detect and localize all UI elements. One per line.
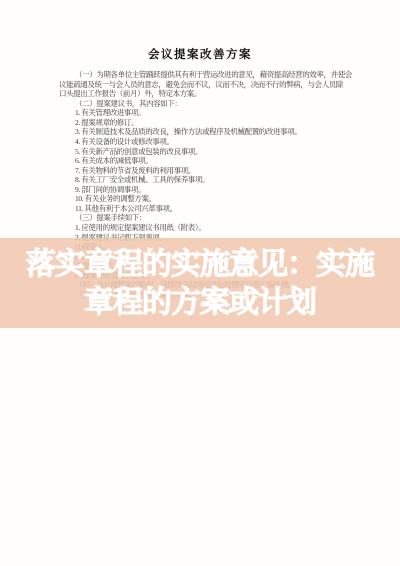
document-line: 9. 部门间的协调事项。 xyxy=(59,185,400,195)
document-line: 2. 提案规章的修订。 xyxy=(59,118,400,128)
watermark-text: 落实章程的实施意见：实施 章程的方案或计划 xyxy=(0,246,400,322)
watermark-line-1: 落实章程的实施意见：实施 xyxy=(0,246,400,284)
document-line: 10. 有关业务的调整方案。 xyxy=(59,194,400,204)
document-line: （一）为期各单位主管踊跃提供其有利于营运改进的意见，藉资提高经营的效率，并使会 xyxy=(59,70,400,80)
document-line: 1. 应使用的规定提案建议书用纸（附表）。 xyxy=(59,223,400,233)
document-line: 1. 有关管理改进事项。 xyxy=(59,108,400,118)
document-line: 议能疏通及统一与会人员的意志，避免会而不议，议而不决，决而不行的弊病，与会人员除 xyxy=(59,80,400,90)
document-title: 会议提案改善方案 xyxy=(0,46,400,62)
document-line: 6. 有关成本的减低事项。 xyxy=(59,156,400,166)
document-page: 会议提案改善方案 （一）为期各单位主管踊跃提供其有利于营运改进的意见，藉资提高经… xyxy=(0,0,400,566)
document-line: 3. 有关制造技术及品质的改良，操作方法或程序及机械配置的改进事项。 xyxy=(59,127,400,137)
document-line: 5. 有关新产品的创意或包装的改良事项。 xyxy=(59,147,400,157)
document-line: （三）提案手续如下： xyxy=(59,213,400,223)
document-line: 4. 有关设备的设计或修改事项。 xyxy=(59,137,400,147)
document-line: 口头提出工作报告（前月）外，特定本方案。 xyxy=(59,89,400,99)
document-line: 8. 有关工厂安全或机械、工具的保养事项。 xyxy=(59,175,400,185)
watermark-line-2: 章程的方案或计划 xyxy=(0,284,400,322)
document-line: 11. 其他有利于本公司兴革事项。 xyxy=(59,204,400,214)
document-line: 7. 有关物料的节省及废料的利用事项。 xyxy=(59,166,400,176)
document-line: （二）提案建议书，其内容如下： xyxy=(59,99,400,109)
